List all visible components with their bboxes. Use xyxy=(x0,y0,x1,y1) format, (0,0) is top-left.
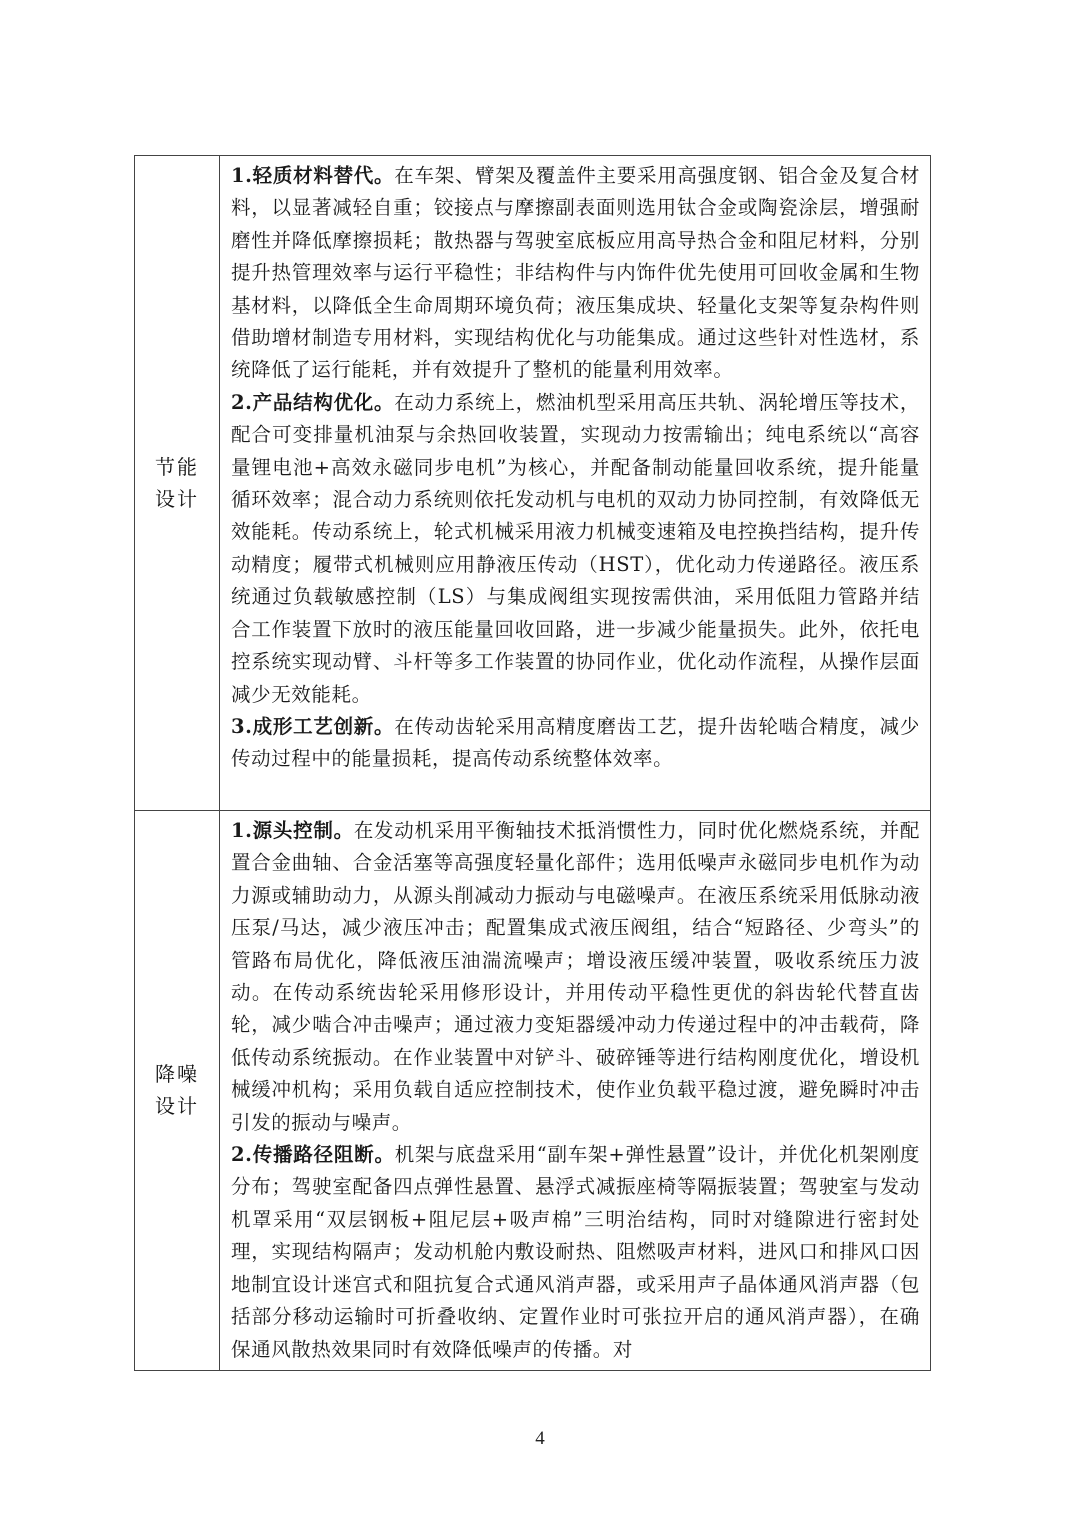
row-label-line: 设计 xyxy=(135,1090,219,1122)
paragraph-path-blocking: 2.传播路径阻断。机架与底盘采用“副车架+弹性悬置”设计，并优化机架刚度分布；驾… xyxy=(231,1139,920,1366)
paragraph-source-control: 1.源头控制。在发动机采用平衡轴技术抵消惯性力，同时优化燃烧系统，并配置合金曲轴… xyxy=(231,815,920,1139)
row-label-energy-saving: 节能 设计 xyxy=(135,156,220,811)
paragraph-heading: 1.源头控制。 xyxy=(231,819,354,842)
row-label-line: 节能 xyxy=(135,451,219,483)
paragraph-text: 在发动机采用平衡轴技术抵消惯性力，同时优化燃烧系统，并配置合金曲轴、合金活塞等高… xyxy=(231,819,920,1134)
paragraph-lightweight-materials: 1.轻质材料替代。在车架、臂架及覆盖件主要采用高强度钢、铝合金及复合材料，以显著… xyxy=(231,160,920,387)
table-row-noise-reduction: 降噪 设计 1.源头控制。在发动机采用平衡轴技术抵消惯性力，同时优化燃烧系统，并… xyxy=(135,811,931,1371)
row-content-noise-reduction: 1.源头控制。在发动机采用平衡轴技术抵消惯性力，同时优化燃烧系统，并配置合金曲轴… xyxy=(220,811,931,1371)
page-number: 4 xyxy=(0,1428,1080,1450)
paragraph-heading: 3.成形工艺创新。 xyxy=(231,715,394,738)
paragraph-heading: 2.产品结构优化。 xyxy=(231,391,394,414)
paragraph-structure-optimization: 2.产品结构优化。在动力系统上，燃油机型采用高压共轨、涡轮增压等技术，配合可变排… xyxy=(231,387,920,711)
row-label-line: 设计 xyxy=(135,483,219,515)
row-content-energy-saving: 1.轻质材料替代。在车架、臂架及覆盖件主要采用高强度钢、铝合金及复合材料，以显著… xyxy=(220,156,931,811)
paragraph-text: 机架与底盘采用“副车架+弹性悬置”设计，并优化机架刚度分布；驾驶室配备四点弹性悬… xyxy=(231,1143,920,1360)
table-row-energy-saving: 节能 设计 1.轻质材料替代。在车架、臂架及覆盖件主要采用高强度钢、铝合金及复合… xyxy=(135,156,931,811)
paragraph-heading: 1.轻质材料替代。 xyxy=(231,164,394,187)
paragraph-heading: 2.传播路径阻断。 xyxy=(231,1143,395,1166)
design-measures-table: 节能 设计 1.轻质材料替代。在车架、臂架及覆盖件主要采用高强度钢、铝合金及复合… xyxy=(134,155,931,1371)
row-label-line: 降噪 xyxy=(135,1058,219,1090)
paragraph-text: 在动力系统上，燃油机型采用高压共轨、涡轮增压等技术，配合可变排量机油泵与余热回收… xyxy=(231,391,920,706)
paragraph-text: 在车架、臂架及覆盖件主要采用高强度钢、铝合金及复合材料，以显著减轻自重；铰接点与… xyxy=(231,164,920,381)
row-label-noise-reduction: 降噪 设计 xyxy=(135,811,220,1371)
paragraph-forming-process: 3.成形工艺创新。在传动齿轮采用高精度磨齿工艺，提升齿轮啮合精度，减少传动过程中… xyxy=(231,711,920,776)
